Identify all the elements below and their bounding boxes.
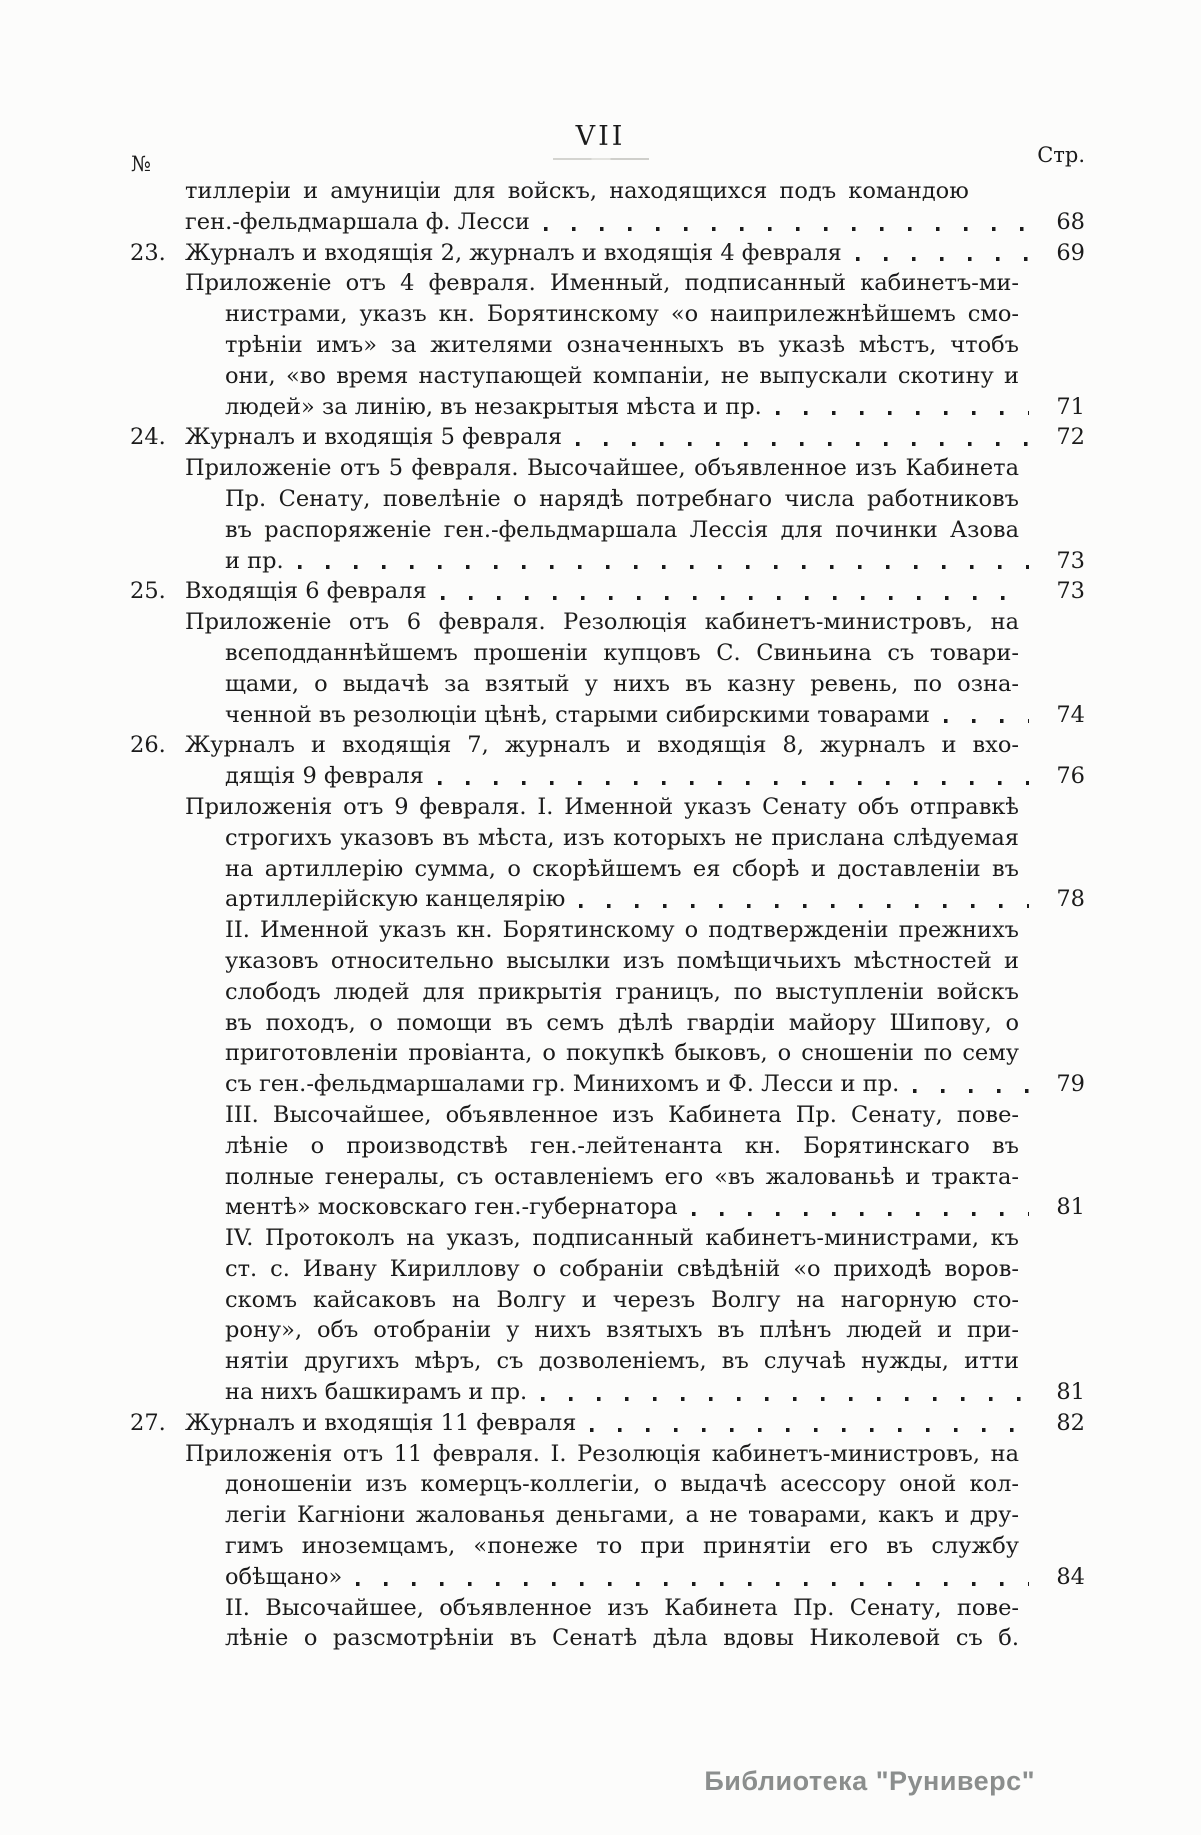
toc-line: Приложеніе отъ 4 февраля. Именный, подпи…: [130, 268, 1085, 299]
entry-text: Приложенія отъ 9 февраля. I. Именной ука…: [185, 794, 1019, 820]
toc-line: тиллеріи и амуниціи для войскъ, находящи…: [130, 176, 1085, 207]
entry-text: артиллерійскую канцелярію: [225, 884, 565, 915]
entry-page-number: 71: [1039, 392, 1085, 423]
entry-number: 25.: [130, 576, 182, 607]
toc-line: 24. Журналъ и входящія 5 февраля 72: [130, 422, 1085, 453]
entry-text: на артиллерію сумма, о скорѣйшемъ ея сбо…: [225, 856, 1019, 882]
toc-line: полные генералы, съ оставленіемъ его «въ…: [130, 1162, 1085, 1193]
entry-text: ст. с. Ивану Кириллову о собраніи свѣдѣн…: [225, 1256, 1019, 1282]
entry-page-number: 69: [1039, 238, 1085, 269]
entry-text: Приложеніе отъ 5 февраля. Высочайшее, об…: [185, 455, 1019, 481]
toc-line: 27. Журналъ и входящія 11 февраля 82: [130, 1408, 1085, 1439]
entry-text: и пр.: [225, 546, 284, 577]
toc-line: ченной въ резолюціи цѣнѣ, старыми сибирс…: [130, 700, 1085, 731]
entry-text: Пр. Сенату, повелѣніе о нарядѣ потребнаг…: [225, 486, 1019, 512]
dot-leader: [544, 227, 1029, 231]
dot-leader: [913, 1089, 1029, 1093]
toc-line: Приложеніе отъ 5 февраля. Высочайшее, об…: [130, 453, 1085, 484]
toc-line: строгихъ указовъ въ мѣста, изъ которыхъ …: [130, 823, 1085, 854]
entry-text: Приложеніе отъ 6 февраля. Резолюція каби…: [185, 609, 1019, 635]
entry-page-number: 76: [1039, 761, 1085, 792]
entry-text: они, «во время наступающей компаніи, не …: [225, 363, 1019, 389]
entry-text: обѣщано»: [225, 1562, 342, 1593]
footer-watermark: Библиотека "Руниверс": [704, 1766, 1035, 1797]
entry-text: скомъ кайсаковъ на Волгу и черезъ Волгу …: [225, 1287, 1019, 1313]
toc-line: 23. Журналъ и входящія 2, журналъ и вход…: [130, 238, 1085, 269]
toc-line: лѣніе о разсмотрѣніи въ Сенатѣ дѣла вдов…: [130, 1623, 1085, 1654]
entry-text: приготовленіи провіанта, о покупкѣ быков…: [225, 1040, 1019, 1066]
toc-line: II. Именной указъ кн. Борятинскому о под…: [130, 915, 1085, 946]
toc-line: трѣніи имъ» за жителями означенныхъ въ у…: [130, 330, 1085, 361]
toc-line: приготовленіи провіанта, о покупкѣ быков…: [130, 1038, 1085, 1069]
toc-line: слободъ людей для прикрытія границъ, по …: [130, 977, 1085, 1008]
entry-number: 24.: [130, 422, 182, 453]
dot-leader: [944, 719, 1029, 723]
toc-line: IV. Протоколъ на указъ, подписанный каби…: [130, 1223, 1085, 1254]
entry-text: Журналъ и входящія 7, журналъ и входящія…: [185, 732, 1019, 758]
toc-line: ген.-фельдмаршала ф. Лесси 68: [130, 207, 1085, 238]
toc-line: въ походъ, о помощи въ семъ дѣлѣ гвардіи…: [130, 1008, 1085, 1039]
toc-line: на артиллерію сумма, о скорѣйшемъ ея сбо…: [130, 854, 1085, 885]
entry-text: дящія 9 февраля: [225, 761, 424, 792]
page-header: VII: [0, 122, 1201, 160]
toc-line: 25. Входящія 6 февраля 73: [130, 576, 1085, 607]
toc-line: людей» за линію, въ незакрытыя мѣста и п…: [130, 392, 1085, 423]
dot-leader: [590, 1428, 1029, 1432]
toc-line: обѣщано» 84: [130, 1562, 1085, 1593]
entry-text: IV. Протоколъ на указъ, подписанный каби…: [225, 1225, 1019, 1251]
entry-text: лѣніе о производствѣ ген.-лейтенанта кн.…: [225, 1133, 1019, 1159]
dot-leader: [776, 411, 1029, 415]
entry-text: съ ген.-фельдмаршалами гр. Минихомъ и Ф.…: [225, 1069, 899, 1100]
toc-line: Приложенія отъ 11 февраля. I. Резолюція …: [130, 1439, 1085, 1470]
entry-page-number: 81: [1039, 1192, 1085, 1223]
entry-text: Журналъ и входящія 11 февраля: [185, 1408, 576, 1439]
entry-page-number: 79: [1039, 1069, 1085, 1100]
toc-line: лѣніе о производствѣ ген.-лейтенанта кн.…: [130, 1131, 1085, 1162]
toc-line: артиллерійскую канцелярію 78: [130, 884, 1085, 915]
entry-text: Входящія 6 февраля: [185, 576, 427, 607]
entry-text: лѣніе о разсмотрѣніи въ Сенатѣ дѣла вдов…: [225, 1625, 1019, 1651]
dot-leader: [692, 1212, 1029, 1216]
entry-page-number: 73: [1039, 576, 1085, 607]
toc-list: тиллеріи и амуниціи для войскъ, находящи…: [130, 176, 1085, 1654]
page-column-header: Стр.: [1037, 143, 1085, 167]
entry-text: нятіи другихъ мѣръ, съ дозволеніемъ, въ …: [225, 1348, 1019, 1374]
entry-text: Журналъ и входящія 5 февраля: [185, 422, 562, 453]
entry-text: тиллеріи и амуниціи для войскъ, находящи…: [185, 178, 969, 204]
entry-text: всеподданнѣйшемъ прошеніи купцовъ С. Сви…: [225, 640, 1019, 666]
toc-line: на нихъ башкирамъ и пр. 81: [130, 1377, 1085, 1408]
toc-line: рону», объ отобраніи у нихъ взятыхъ въ п…: [130, 1315, 1085, 1346]
entry-text: легіи Кагніони жалованья деньгами, а не …: [225, 1502, 1019, 1528]
entry-text: III. Высочайшее, объявленное изъ Кабинет…: [225, 1102, 1019, 1128]
entry-text: полные генералы, съ оставленіемъ его «въ…: [225, 1164, 1019, 1190]
entry-page-number: 72: [1039, 422, 1085, 453]
toc-line: III. Высочайшее, объявленное изъ Кабинет…: [130, 1100, 1085, 1131]
entry-text: II. Высочайшее, объявленное изъ Кабинета…: [225, 1595, 1019, 1621]
entry-page-number: 81: [1039, 1377, 1085, 1408]
entry-text: ментѣ» московскаго ген.-губернатора: [225, 1192, 678, 1223]
dot-leader: [856, 257, 1029, 261]
entry-text: въ походъ, о помощи въ семъ дѣлѣ гвардіи…: [225, 1010, 1019, 1036]
toc-line: Пр. Сенату, повелѣніе о нарядѣ потребнаг…: [130, 484, 1085, 515]
entry-number: 23.: [130, 238, 182, 269]
toc-line: всеподданнѣйшемъ прошеніи купцовъ С. Сви…: [130, 638, 1085, 669]
entry-number: 26.: [130, 730, 182, 761]
entry-text: II. Именной указъ кн. Борятинскому о под…: [225, 917, 1019, 943]
entry-number: 27.: [130, 1408, 182, 1439]
header-rule: [553, 158, 649, 160]
toc-line: Приложенія отъ 9 февраля. I. Именной ука…: [130, 792, 1085, 823]
toc-line: указовъ относительно высылки изъ помѣщич…: [130, 946, 1085, 977]
toc-line: гимъ иноземцамъ, «понеже то при принятіи…: [130, 1531, 1085, 1562]
entry-text: Приложенія отъ 11 февраля. I. Резолюція …: [185, 1441, 1019, 1467]
dot-leader: [579, 904, 1029, 908]
entry-text: рону», объ отобраніи у нихъ взятыхъ въ п…: [225, 1317, 1019, 1343]
toc-line: легіи Кагніони жалованья деньгами, а не …: [130, 1500, 1085, 1531]
entry-page-number: 73: [1039, 546, 1085, 577]
book-page: VII № Стр. тиллеріи и амуниціи для войск…: [0, 0, 1201, 1835]
dot-leader: [356, 1582, 1029, 1586]
entry-text: нистрами, указъ кн. Борятинскому «о наип…: [225, 301, 1019, 327]
entry-text: ченной въ резолюціи цѣнѣ, старыми сибирс…: [225, 700, 930, 731]
toc-line: ст. с. Ивану Кириллову о собраніи свѣдѣн…: [130, 1254, 1085, 1285]
toc-line: они, «во время наступающей компаніи, не …: [130, 361, 1085, 392]
toc-line: въ распоряженіе ген.-фельдмаршала Лессія…: [130, 515, 1085, 546]
dot-leader: [441, 596, 1029, 600]
entry-text: строгихъ указовъ въ мѣста, изъ которыхъ …: [225, 825, 1019, 851]
entry-text: трѣніи имъ» за жителями означенныхъ въ у…: [225, 332, 1019, 358]
entry-page-number: 78: [1039, 884, 1085, 915]
toc-line: II. Высочайшее, объявленное изъ Кабинета…: [130, 1593, 1085, 1624]
toc-line: скомъ кайсаковъ на Волгу и черезъ Волгу …: [130, 1285, 1085, 1316]
entry-page-number: 68: [1039, 207, 1085, 238]
entry-page-number: 84: [1039, 1562, 1085, 1593]
toc-line: и пр. 73: [130, 546, 1085, 577]
entry-page-number: 74: [1039, 700, 1085, 731]
entry-text: гимъ иноземцамъ, «понеже то при принятіи…: [225, 1533, 1019, 1559]
toc-line: ментѣ» московскаго ген.-губернатора 81: [130, 1192, 1085, 1223]
entry-text: въ распоряженіе ген.-фельдмаршала Лессія…: [225, 517, 1019, 543]
entry-text: ген.-фельдмаршала ф. Лесси: [185, 207, 530, 238]
toc-line: 26. Журналъ и входящія 7, журналъ и вход…: [130, 730, 1085, 761]
page-number-roman: VII: [0, 122, 1201, 152]
dot-leader: [576, 442, 1029, 446]
toc-line: щами, о выдачѣ за взятый у нихъ въ казну…: [130, 669, 1085, 700]
entry-text: Приложеніе отъ 4 февраля. Именный, подпи…: [185, 270, 1019, 296]
entry-text: доношеніи изъ комерцъ-коллегіи, о выдачѣ…: [225, 1471, 1019, 1497]
toc-line: доношеніи изъ комерцъ-коллегіи, о выдачѣ…: [130, 1469, 1085, 1500]
entry-text: слободъ людей для прикрытія границъ, по …: [225, 979, 1019, 1005]
entry-text: людей» за линію, въ незакрытыя мѣста и п…: [225, 392, 762, 423]
toc-line: дящія 9 февраля 76: [130, 761, 1085, 792]
dot-leader: [541, 1397, 1029, 1401]
toc-line: съ ген.-фельдмаршалами гр. Минихомъ и Ф.…: [130, 1069, 1085, 1100]
dot-leader: [298, 565, 1029, 569]
entry-text: указовъ относительно высылки изъ помѣщич…: [225, 948, 1019, 974]
toc-line: нистрами, указъ кн. Борятинскому «о наип…: [130, 299, 1085, 330]
number-column-header: №: [131, 152, 151, 176]
entry-text: щами, о выдачѣ за взятый у нихъ въ казну…: [225, 671, 1019, 697]
entry-text: на нихъ башкирамъ и пр.: [225, 1377, 527, 1408]
toc-line: нятіи другихъ мѣръ, съ дозволеніемъ, въ …: [130, 1346, 1085, 1377]
entry-page-number: 82: [1039, 1408, 1085, 1439]
toc-line: Приложеніе отъ 6 февраля. Резолюція каби…: [130, 607, 1085, 638]
dot-leader: [438, 781, 1029, 785]
entry-text: Журналъ и входящія 2, журналъ и входящія…: [185, 238, 842, 269]
